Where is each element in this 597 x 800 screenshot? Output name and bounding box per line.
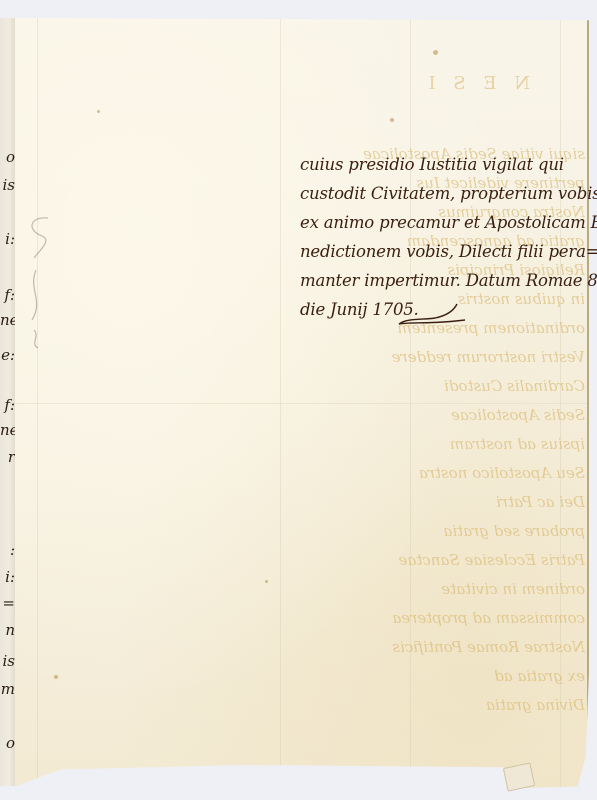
scanned-document-page: o is i: f: ne e: f: ne r : i: = n is m o…: [0, 0, 597, 800]
manuscript-line: manter impertimur. Datum Romae 8: [300, 266, 590, 295]
manuscript-line: cuius presidio Iustitia vigilat qui: [300, 150, 590, 179]
bleed-line: Dei ac Patri: [45, 488, 585, 517]
bleed-line: Cardinalis Custodi: [45, 372, 585, 401]
left-page-fragment: i:: [0, 570, 15, 585]
bleed-line: Sedis Apostolicae: [45, 401, 585, 430]
pencil-annotation-mark: [20, 210, 60, 350]
manuscript-line: ex animo precamur et Apostolicam Be=: [300, 208, 590, 237]
bleed-line: probare sed gratia: [45, 517, 585, 546]
left-page-fragment: r: [0, 450, 15, 465]
left-page-fragment: o: [0, 736, 15, 751]
bleed-line: ex gratia ad: [45, 662, 585, 691]
bleed-line: Seu Apostolico nostra: [45, 459, 585, 488]
manuscript-line: custodit Civitatem, propterium vobis: [300, 179, 590, 208]
manuscript-line: nedictionem vobis, Dilecti filii pera=: [300, 237, 590, 266]
bleed-line: ipsius ad nostram: [45, 430, 585, 459]
left-page-fragment: =: [0, 596, 15, 611]
bleed-through-heading: N E S I: [330, 73, 530, 94]
bleed-line: Divina gratia: [45, 691, 585, 720]
adjacent-page-strip: o is i: f: ne e: f: ne r : i: = n is m o: [0, 18, 16, 786]
signature-flourish: [395, 302, 475, 332]
bleed-line: Nostrae Romae Pontificis: [45, 633, 585, 662]
bleed-line: ordinem in civitate: [45, 575, 585, 604]
left-page-fragment: e:: [0, 348, 15, 363]
bleed-line: commissam ad propterea: [45, 604, 585, 633]
foxing-spot: [97, 110, 100, 113]
foxing-spot: [265, 580, 268, 583]
left-page-fragment: is: [0, 178, 15, 193]
left-page-fragment: ne: [0, 313, 15, 328]
left-page-fragment: n: [0, 623, 15, 638]
left-page-fragment: f:: [0, 288, 15, 303]
bleed-line: Patris Ecclesiae Sanctae: [45, 546, 585, 575]
left-page-fragment: f:: [0, 398, 15, 413]
foxing-spot: [54, 675, 58, 679]
left-page-fragment: :: [0, 543, 15, 558]
left-page-fragment: i:: [0, 232, 15, 247]
left-page-fragment: o: [0, 150, 15, 165]
foxing-spot: [433, 50, 438, 55]
left-page-fragment: m: [0, 682, 15, 697]
foxing-spot: [390, 118, 394, 122]
bleed-line: Vestri nostrorum reddere: [45, 343, 585, 372]
handwritten-closing-text: cuius presidio Iustitia vigilat qui cust…: [300, 150, 590, 324]
left-page-fragment: ne: [0, 423, 15, 438]
left-page-fragment: is: [0, 654, 15, 669]
